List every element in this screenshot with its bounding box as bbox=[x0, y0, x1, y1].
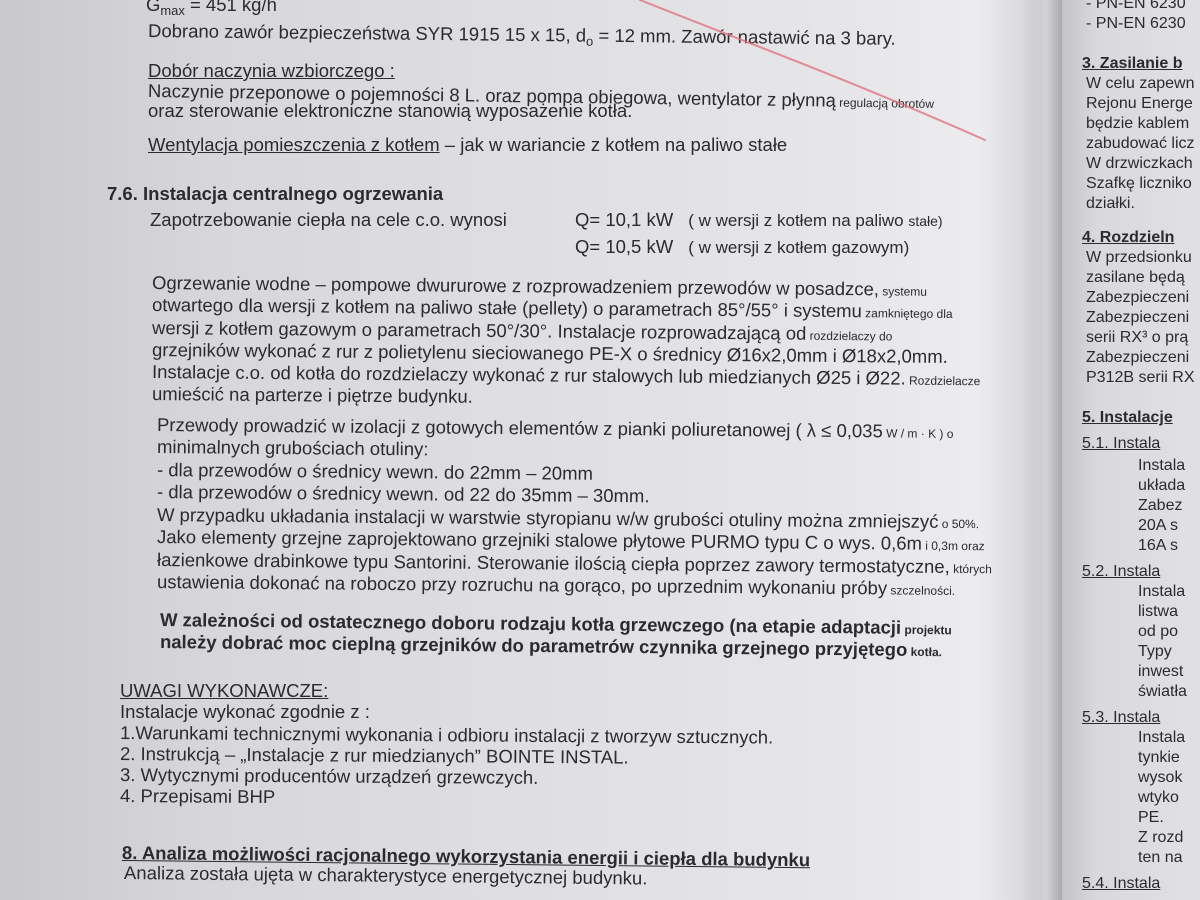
heat-demand-row: Q= 10,5 kW ( w wersji z kotłem gazowym) bbox=[575, 236, 909, 259]
right-page-line: Rejonu Energe bbox=[1086, 94, 1193, 114]
right-page-line: 4. Rozdzieln bbox=[1082, 228, 1174, 248]
ventilation-heading: Wentylacja pomieszczenia z kotłem bbox=[148, 134, 440, 155]
line-small: szczelności. bbox=[887, 583, 955, 598]
q-note: ( w wersji z kotłem gazowym) bbox=[683, 238, 909, 257]
right-page-line: 5.1. Instala bbox=[1082, 434, 1160, 454]
right-page-line: 20A s bbox=[1138, 516, 1178, 536]
right-page-line: 5.4. Instala bbox=[1082, 874, 1160, 894]
right-page-line: Typy bbox=[1138, 642, 1172, 662]
right-page-line: Zabezpieczeni bbox=[1086, 288, 1189, 308]
right-page-line: będzie kablem bbox=[1086, 114, 1189, 134]
formula-value: = 451 kg/h bbox=[185, 0, 277, 15]
safety-valve-line: Dobrano zawór bezpieczeństwa SYR 1915 15… bbox=[148, 20, 896, 56]
right-page: - PN-EN 6230- PN-EN 62303. Zasilanie bW … bbox=[1062, 0, 1200, 900]
heating-line: umieścić na parterze i piętrze budynku. bbox=[152, 383, 473, 408]
right-page-line: działki. bbox=[1086, 194, 1135, 214]
line-small: kotła. bbox=[907, 645, 942, 659]
expansion-vessel-heading: Dobór naczynia wzbiorczego : bbox=[148, 60, 395, 82]
q-value: Q= 10,5 kW bbox=[575, 236, 683, 257]
line-main: minimalnych grubościach otuliny: bbox=[157, 436, 429, 459]
valve-text: Dobrano zawór bezpieczeństwa SYR 1915 15… bbox=[148, 20, 586, 46]
line-small: W / m · K ) o bbox=[883, 426, 954, 441]
right-page-line: światła bbox=[1138, 682, 1187, 702]
right-page-line: listwa bbox=[1138, 602, 1178, 622]
right-page-line: 5. Instalacje bbox=[1082, 408, 1173, 428]
line-small: i 0,3m oraz bbox=[922, 539, 985, 554]
right-page-line: serii RX³ o prą bbox=[1086, 328, 1188, 348]
formula-symbol: G bbox=[146, 0, 160, 15]
line-small: projektu bbox=[901, 623, 952, 638]
ventilation-line: Wentylacja pomieszczenia z kotłem – jak … bbox=[148, 134, 787, 156]
right-page-line: Zabez bbox=[1138, 496, 1182, 516]
line-small: których bbox=[950, 562, 992, 576]
g-max-formula: Gmax = 451 kg/h bbox=[146, 0, 277, 22]
line-small: regulacją obrotów bbox=[836, 96, 934, 111]
right-page-line: ten na bbox=[1138, 848, 1182, 868]
right-page-line: wysok bbox=[1138, 768, 1182, 788]
insulation-line: - dla przewodów o średnicy wewn. od 22 d… bbox=[157, 481, 650, 507]
right-page-line: W celu zapewn bbox=[1086, 74, 1195, 94]
right-page-line: Zabezpieczeni bbox=[1086, 308, 1189, 328]
line-main: - dla przewodów o średnicy wewn. do 22mm… bbox=[157, 459, 593, 484]
right-page-line: 5.3. Instala bbox=[1082, 708, 1160, 728]
line-small: o 50%. bbox=[938, 517, 979, 531]
right-page-line: Instala bbox=[1138, 456, 1185, 476]
right-page-line: 16A s bbox=[1138, 536, 1178, 556]
right-page-line: PE. bbox=[1138, 808, 1164, 828]
right-page-line: Z rozd bbox=[1138, 828, 1183, 848]
right-page-line: tynkie bbox=[1138, 748, 1180, 768]
remarks-intro: Instalacje wykonać zgodnie z : bbox=[120, 701, 370, 723]
right-page-line: zabudować licz bbox=[1086, 134, 1195, 154]
right-page-line: zasilane będą bbox=[1086, 268, 1185, 288]
right-page-line: od po bbox=[1138, 622, 1178, 642]
section-8-text: Analiza została ujęta w charakterystyce … bbox=[124, 862, 648, 889]
right-page-line: 3. Zasilanie b bbox=[1082, 54, 1182, 74]
right-page-line: Instala bbox=[1138, 582, 1185, 602]
right-page-line: W przedsionku bbox=[1086, 248, 1192, 268]
q-note: ( w wersji z kotłem na paliwo bbox=[683, 211, 908, 230]
right-page-line: Szafkę liczniko bbox=[1086, 174, 1192, 194]
line-small: zamkniętego dla bbox=[862, 306, 953, 321]
left-page: Gmax = 451 kg/h Dobrano zawór bezpieczeń… bbox=[0, 0, 1052, 900]
line-small: Rozdzielacze bbox=[906, 374, 981, 389]
line-small: systemu bbox=[879, 284, 927, 298]
line-main: - dla przewodów o średnicy wewn. od 22 d… bbox=[157, 481, 650, 506]
q-value: Q= 10,1 kW bbox=[575, 209, 683, 230]
remarks-heading: UWAGI WYKONAWCZE: bbox=[120, 680, 328, 702]
right-page-line: układa bbox=[1138, 476, 1185, 496]
right-page-line: wtyko bbox=[1138, 788, 1179, 808]
q-note-small: stałe) bbox=[908, 213, 942, 229]
heat-demand-label: Zapotrzebowanie ciepła na cele c.o. wyno… bbox=[150, 209, 507, 231]
expansion-vessel-line-2: oraz sterowanie elektroniczne stanowią w… bbox=[148, 100, 632, 122]
right-page-line: Instala bbox=[1138, 728, 1185, 748]
remarks-item: 4. Przepisami BHP bbox=[120, 785, 275, 808]
right-page-line: - PN-EN 6230 bbox=[1086, 14, 1186, 34]
formula-subscript: max bbox=[160, 3, 184, 18]
right-page-line: 5.2. Instala bbox=[1082, 562, 1160, 582]
right-page-line: P312B serii RX bbox=[1086, 368, 1195, 388]
line-small: rozdzielaczy do bbox=[806, 329, 892, 344]
valve-tail: = 12 mm. Zawór nastawić na 3 bary. bbox=[593, 25, 896, 49]
right-page-line: W drzwiczkach bbox=[1086, 154, 1193, 174]
section-7-6-title: 7.6. Instalacja centralnego ogrzewania bbox=[107, 183, 443, 205]
insulation-line: minimalnych grubościach otuliny: bbox=[157, 436, 429, 460]
right-page-line: - PN-EN 6230 bbox=[1086, 0, 1186, 14]
line-main: umieścić na parterze i piętrze budynku. bbox=[152, 383, 473, 407]
heat-demand-row: Q= 10,1 kW ( w wersji z kotłem na paliwo… bbox=[575, 209, 943, 232]
right-page-line: inwest bbox=[1138, 662, 1183, 682]
right-page-line: Zabezpieczeni bbox=[1086, 348, 1189, 368]
ventilation-text: – jak w wariancie z kotłem na paliwo sta… bbox=[440, 134, 788, 155]
